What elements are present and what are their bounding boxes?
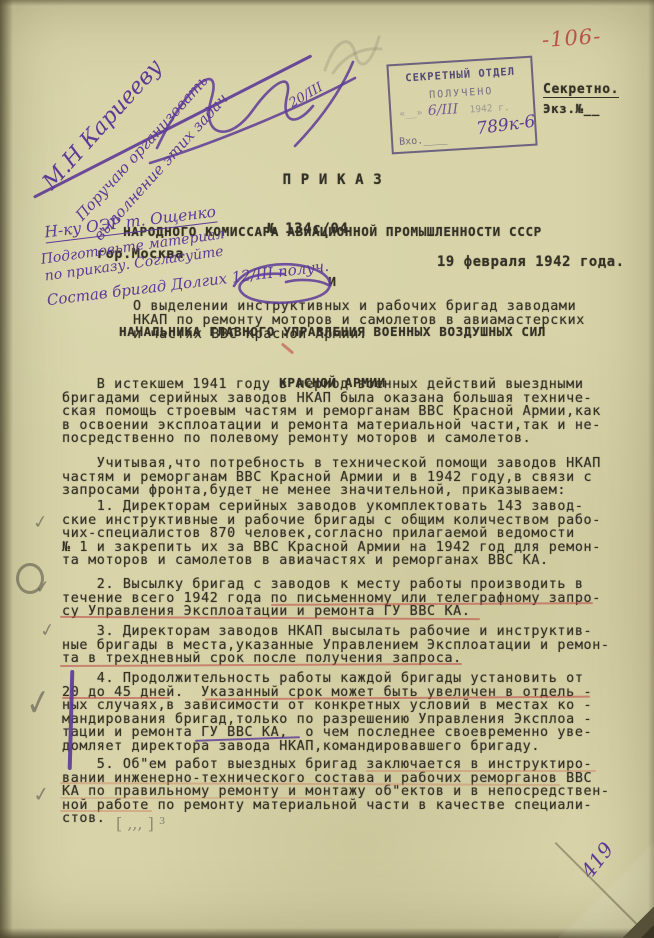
order-date: 19 февраля 1942 года. (437, 254, 625, 270)
stamp-title: СЕКРЕТНЫЙ ОТДЕЛ (389, 65, 531, 86)
body-paragraph-2: Учитывая,что потребность в технической п… (62, 457, 601, 498)
orange-underline (60, 810, 152, 812)
typed-line: в освоении эксплоатации и ремонта матери… (62, 419, 601, 433)
archive-number: 419 (576, 838, 618, 883)
red-page-number: -106- (541, 24, 602, 52)
typed-line: 1. Директорам серийных заводов укомплект… (62, 500, 601, 514)
margin-checkmark-icon: ✓ (31, 781, 51, 807)
typed-line: 4. Продолжительность работы каждой брига… (62, 672, 592, 686)
document-page: П Р И К А З НАРОДНОГО КОМИССАРА АВИАЦИОН… (0, 0, 654, 938)
order-number: № 134с/04 (267, 221, 349, 237)
subject-paragraph: О выделении инструктивных и рабочих бриг… (133, 300, 585, 342)
pencil-bracket-note: [ ,,, ] ³ (116, 814, 165, 833)
typed-line: НКАП по ремонту моторов и самолетов в ав… (133, 314, 585, 328)
order-item-3: 3. Директорам заводов НКАП высылать рабо… (62, 625, 610, 666)
typed-line: ская помощь строевым частям и реморганам… (62, 405, 601, 419)
typed-line: посредственно по полевому ремонту моторо… (62, 432, 601, 446)
stamp-date-handwritten: 6/III (427, 101, 458, 119)
stamp-incoming-label: Вхо.____ (399, 134, 448, 148)
typed-line: и частях ВВС Красной Армии. (133, 328, 585, 342)
margin-checkmark-icon: ✓ (38, 619, 57, 642)
body-paragraph-1: В истекшем 1941 году в период военных де… (62, 378, 601, 446)
typed-line: чих-специалистов 870 человек,согласно пр… (62, 527, 601, 541)
typed-line: 2. Высылку бригад с заводов к месту рабо… (62, 578, 601, 592)
stamp-date-prefix: «__» (399, 107, 423, 119)
copy-number: Экз.№__ (543, 101, 600, 116)
typed-line: тации и ремонта ГУ ВВС КА, о чем последн… (62, 726, 592, 740)
typed-line: та моторов и самолетов в авиачастях и ре… (62, 554, 601, 568)
typed-line: Учитывая,что потребность в технической п… (62, 457, 601, 471)
order-item-1: 1. Директорам серийных заводов укомплект… (62, 500, 601, 568)
classification-secret: Секретно. (543, 82, 619, 98)
paper-edge-left (0, 0, 13, 938)
typed-line: 3. Директорам заводов НКАП высылать рабо… (62, 625, 610, 639)
stamp-year: 1942 г. (469, 102, 510, 115)
margin-checkmark-icon: ✓ (32, 511, 50, 534)
signature-oval-scribble (226, 256, 351, 308)
stamp-incoming-number: 789к-6 (475, 112, 536, 140)
red-underline (62, 697, 170, 699)
pencil-circle-mark (16, 563, 44, 594)
signature-scribble (145, 48, 360, 173)
paper-edge-right (648, 0, 654, 938)
paper-edge-top (0, 0, 654, 6)
order-item-4: 4. Продолжительность работы каждой брига… (62, 672, 592, 754)
margin-checkmark-icon: ✓ (24, 680, 54, 726)
secret-department-stamp: СЕКРЕТНЫЙ ОТДЕЛ ПОЛУЧЕНО «__» 6/III 1942… (386, 56, 537, 155)
typed-line: запросами фронта,будет не менее значител… (62, 484, 601, 498)
typed-line: домляет директора завода НКАП,командиров… (62, 740, 592, 754)
typed-line: ных случаях,в зависимости от конкретных … (62, 699, 592, 713)
paper-edge-bottom (0, 928, 654, 938)
typed-line: В истекшем 1941 году в период военных де… (62, 378, 601, 392)
order-item-2: 2. Высылку бригад с заводов к месту рабо… (62, 578, 601, 619)
orange-underline (60, 797, 332, 799)
typed-line: О выделении инструктивных и рабочих бриг… (133, 300, 585, 314)
orange-underline (366, 770, 596, 772)
